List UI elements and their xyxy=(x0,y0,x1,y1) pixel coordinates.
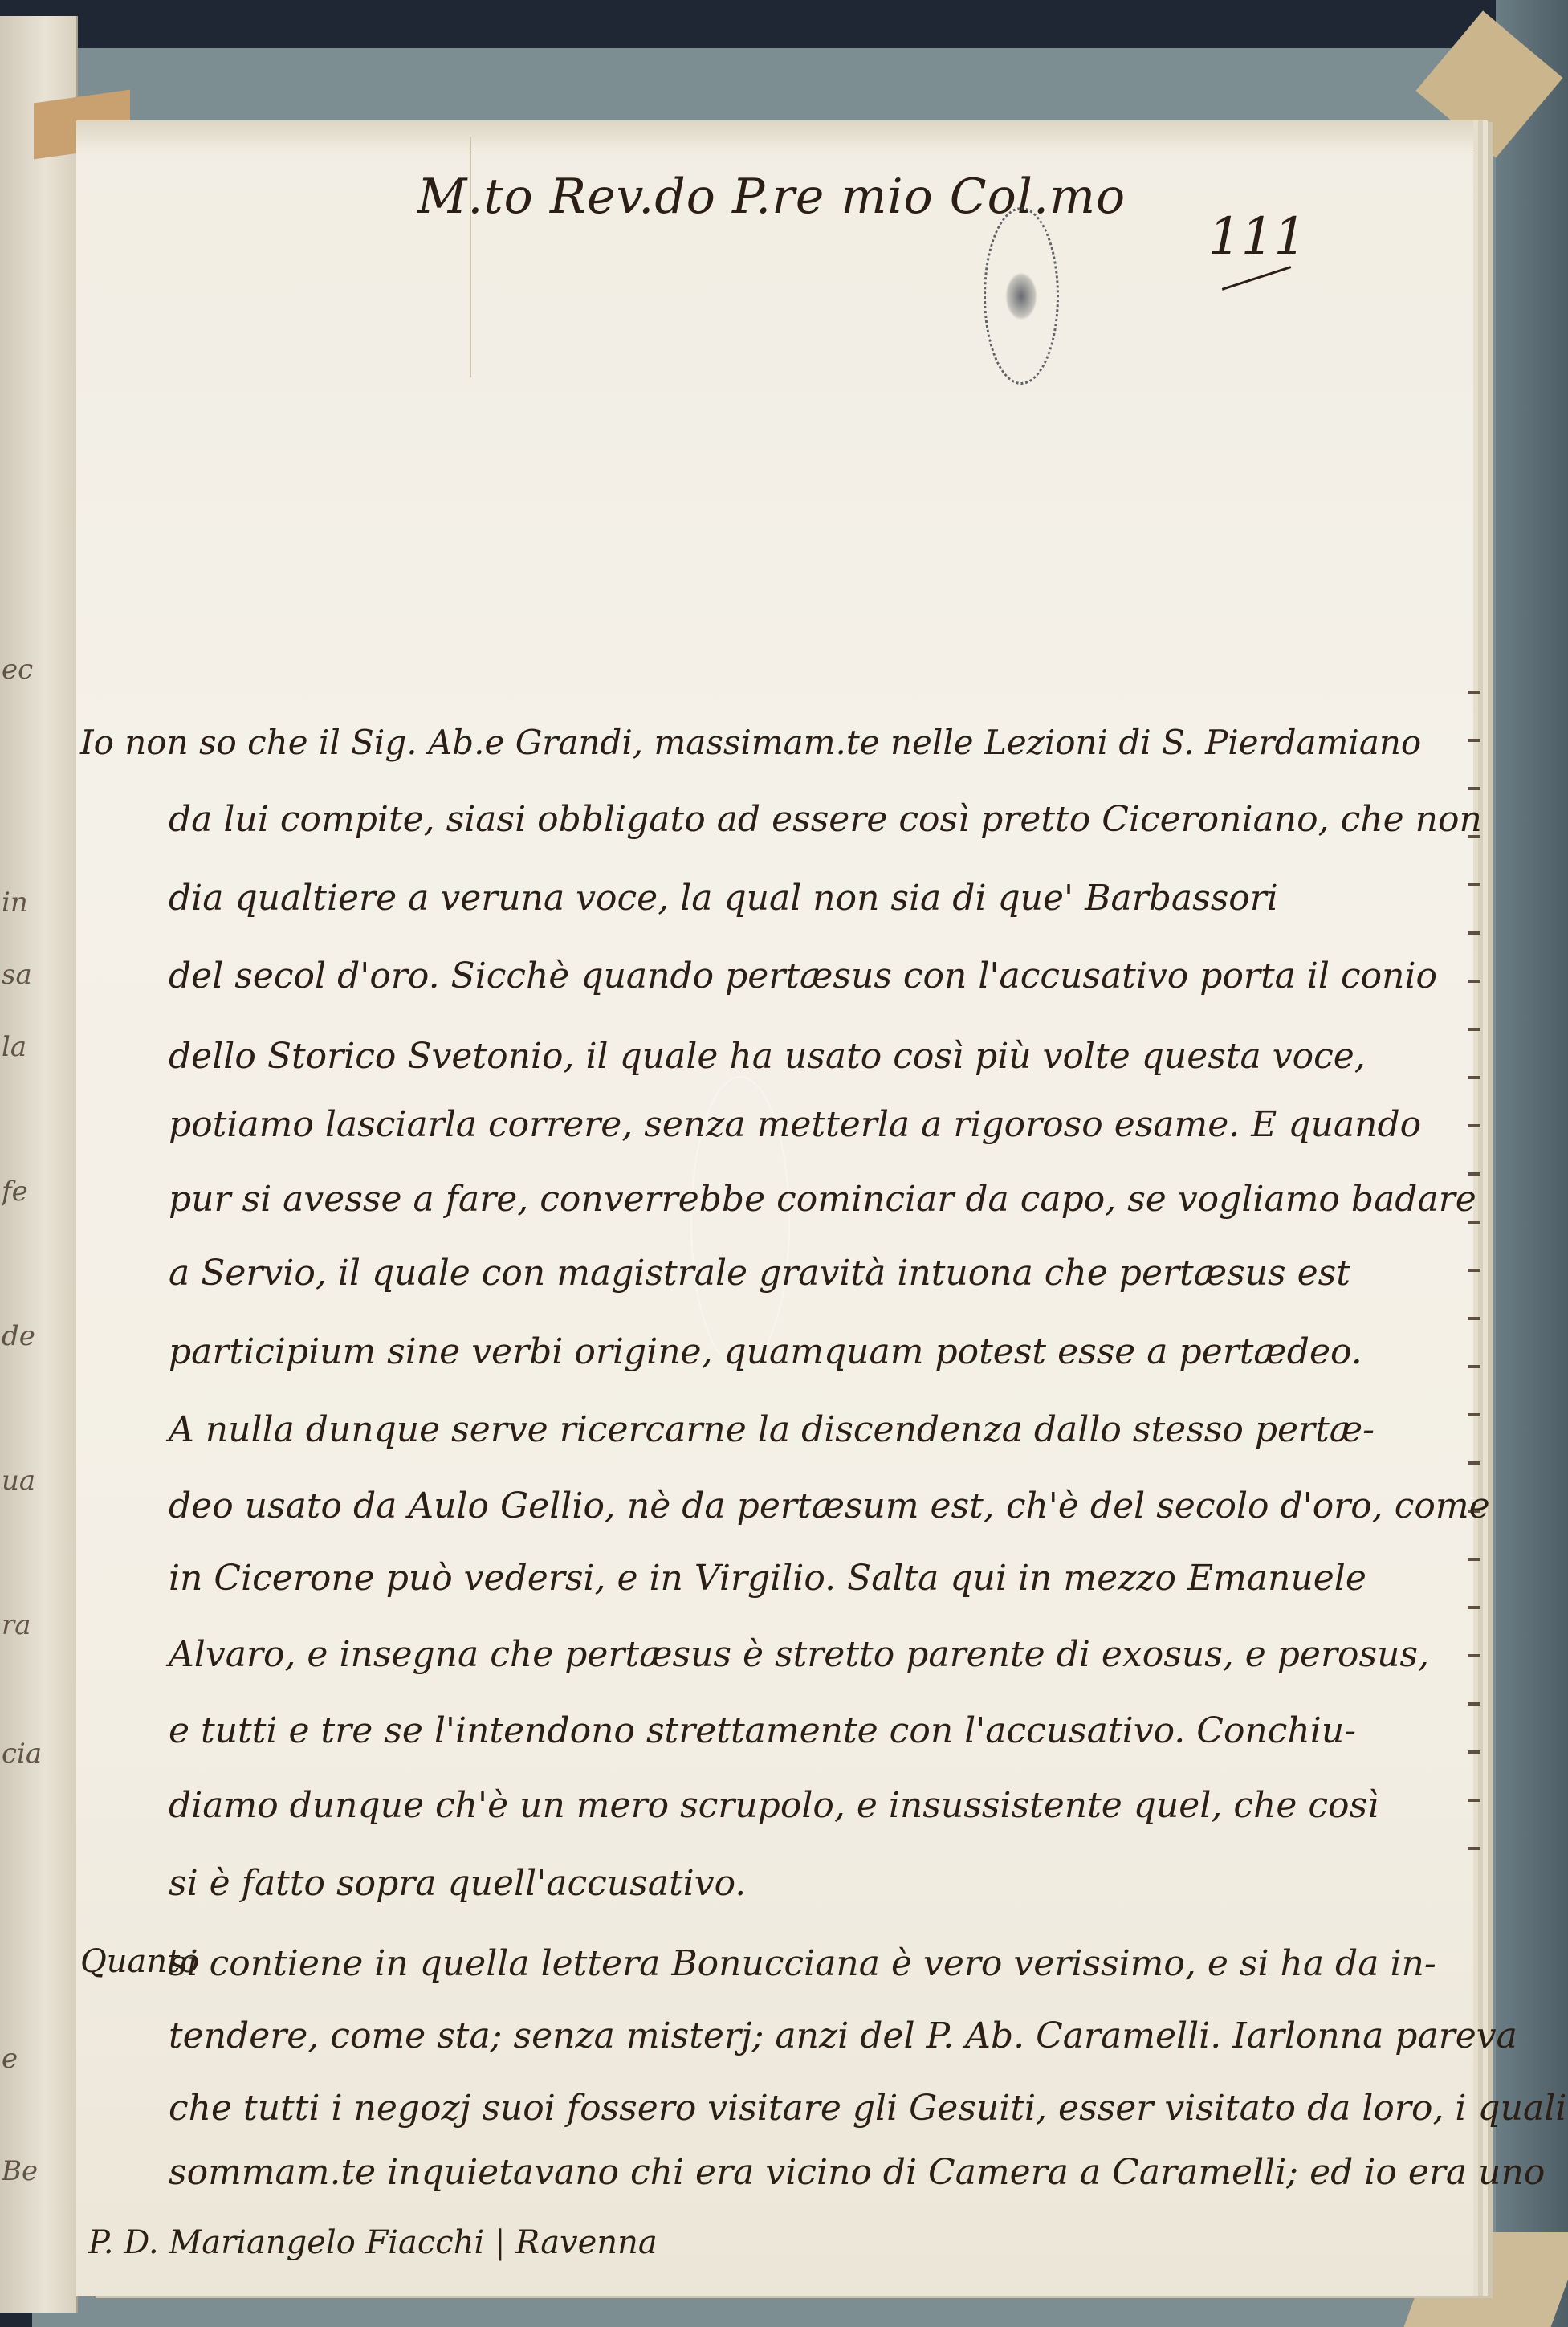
letter-line: Alvaro, e insegna che pertæsus è stretto… xyxy=(169,1634,1429,1675)
facing-page-fragment: sa xyxy=(2,939,74,1010)
letter-line: da lui compite, siasi obbligato ad esser… xyxy=(169,799,1482,840)
page-fold-top xyxy=(76,120,1473,153)
letter-line: tendere, come sta; senza misterj; anzi d… xyxy=(169,2015,1517,2056)
letter-line: deo usato da Aulo Gellio, nè da pertæsum… xyxy=(169,1485,1490,1526)
letter-line: dello Storico Svetonio, il quale ha usat… xyxy=(169,1036,1366,1077)
archive-stamp xyxy=(984,207,1059,385)
facing-page-fragment: e xyxy=(2,2023,74,2094)
facing-page-fragment: la xyxy=(2,1012,74,1082)
letter-line: potiamo lasciarla correre, senza metterl… xyxy=(169,1104,1421,1145)
facing-page-fragment: ua xyxy=(2,1445,74,1516)
letter-line: Io non so che il Sig. Ab.e Grandi, massi… xyxy=(80,723,1421,762)
letter-line: participium sine verbi origine, quamquam… xyxy=(169,1331,1362,1372)
facing-page-fragment: ec xyxy=(2,634,74,705)
letter-line: del secol d'oro. Sicchè quando pertæsus … xyxy=(169,956,1437,996)
facing-page-fragment: in xyxy=(2,867,74,938)
addressee: P. D. Mariangelo Fiacchi | Ravenna xyxy=(88,2224,658,2261)
stamp-emblem-icon xyxy=(1005,272,1037,320)
letter-line: a Servio, il quale con magistrale gravit… xyxy=(169,1253,1350,1294)
letter-line: dia qualtiere a veruna voce, la qual non… xyxy=(169,878,1278,919)
letter-line: in Cicerone può vedersi, e in Virgilio. … xyxy=(169,1558,1366,1599)
letter-line: si contiene in quella lettera Bonucciana… xyxy=(169,1943,1436,1984)
facing-page-fragment: fe xyxy=(2,1156,74,1227)
facing-page-edge: ec in sa la fe de ua ra cia e Be xyxy=(0,16,78,2313)
letter-line: che tutti i negozj suoi fossero visitare… xyxy=(169,2088,1566,2129)
letter-line: pur si avesse a fare, converrebbe cominc… xyxy=(169,1179,1476,1220)
letter-line: A nulla dunque serve ricercarne la disce… xyxy=(169,1409,1375,1450)
facing-page-fragment: de xyxy=(2,1301,74,1371)
blue-folder-edge xyxy=(1496,0,1568,2327)
folio-number: 111 xyxy=(1208,207,1306,267)
letter-line: si è fatto sopra quell'accusativo. xyxy=(169,1863,746,1904)
facing-page-fragment: ra xyxy=(2,1590,74,1661)
facing-page-fragment: cia xyxy=(2,1718,74,1789)
letter-line: e tutti e tre se l'intendono strettament… xyxy=(169,1710,1356,1751)
letter-line: sommam.te inquietavano chi era vicino di… xyxy=(169,2152,1545,2193)
letter-line: diamo dunque ch'è un mero scrupolo, e in… xyxy=(169,1785,1379,1826)
right-margin-ink-marks xyxy=(1468,666,1480,1871)
facing-page-fragment: Be xyxy=(2,2136,74,2207)
